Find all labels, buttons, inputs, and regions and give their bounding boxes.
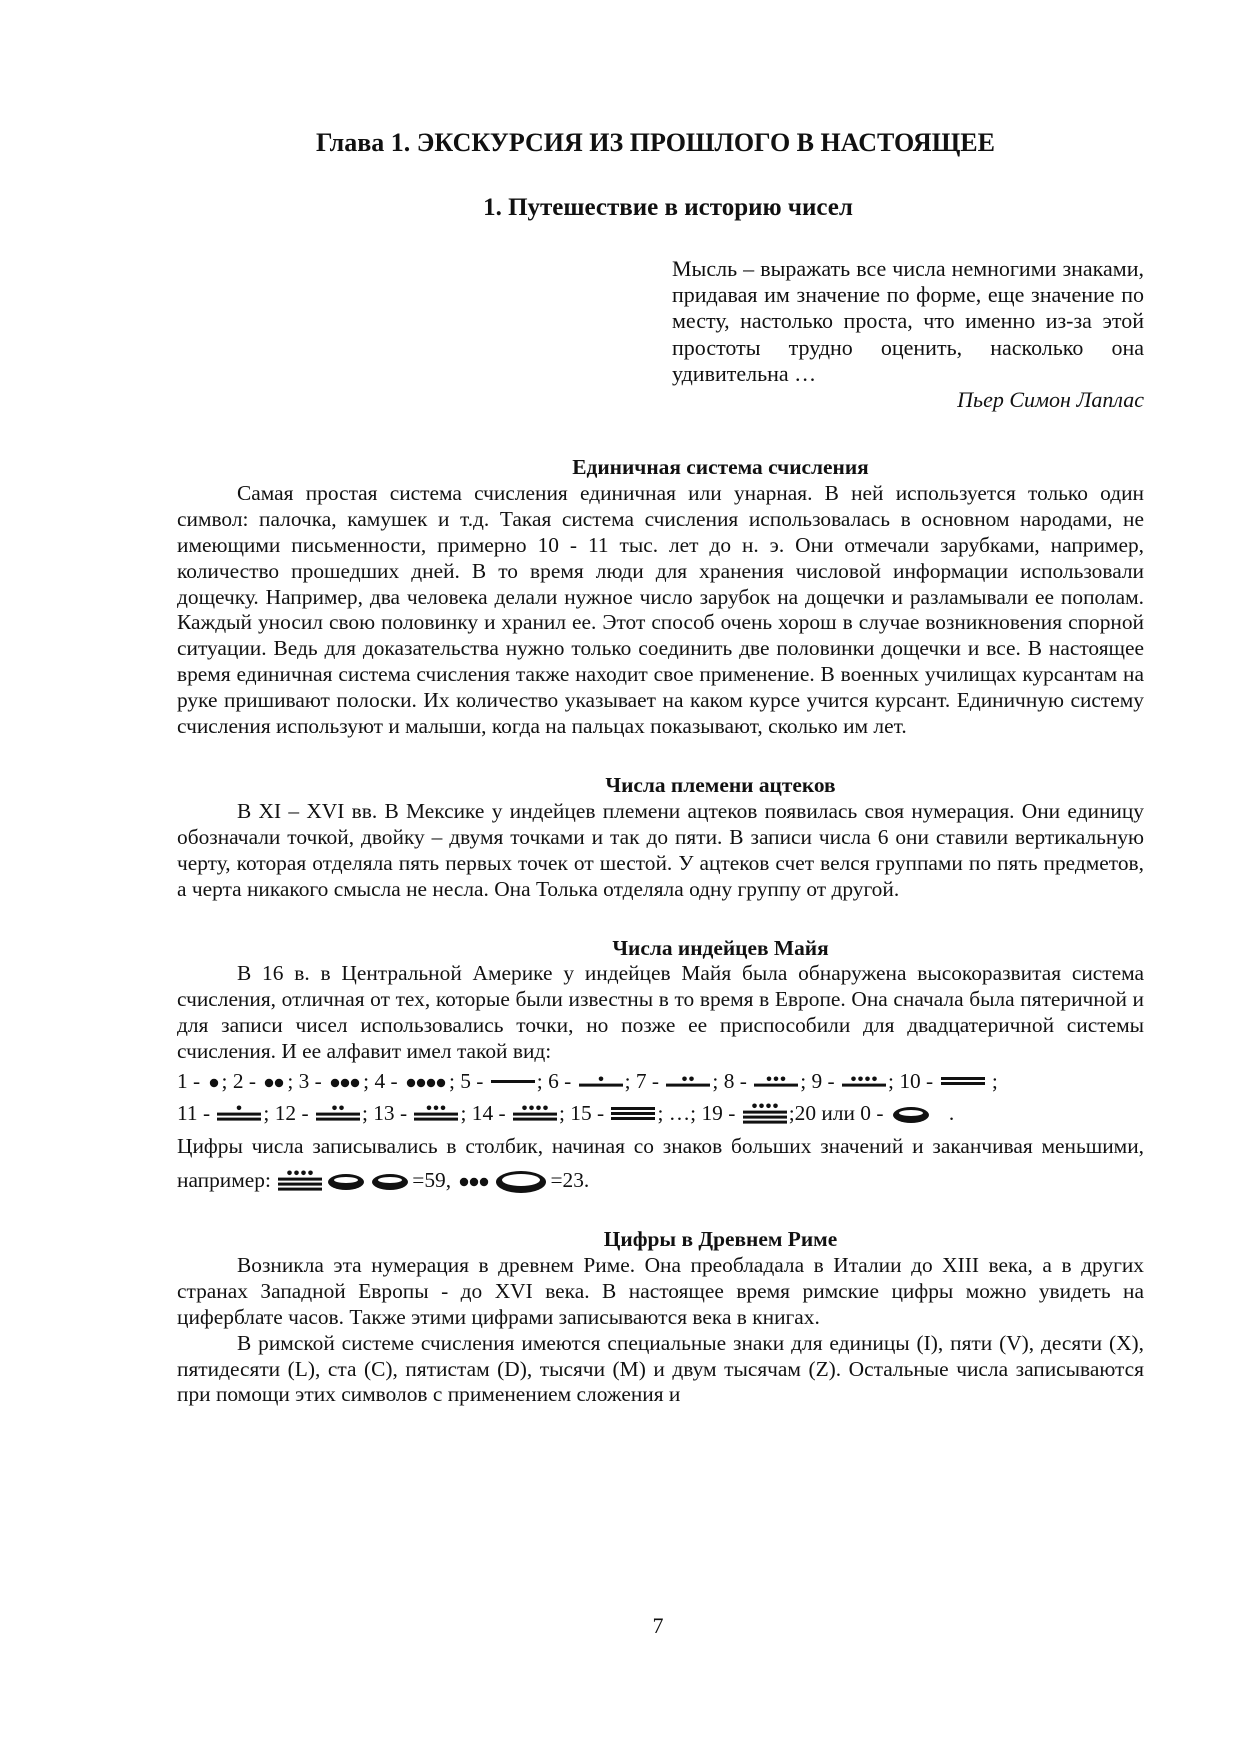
maya-example-result: =23.: [550, 1168, 589, 1192]
maya-bar-dot-icon: [611, 1107, 655, 1124]
spacer: [177, 903, 1144, 936]
maya-bar-dot-icon: [754, 1076, 798, 1091]
heading-roman-numerals: Цифры в Древнем Риме: [177, 1227, 1144, 1253]
epigraph-author: Пьер Симон Лаплас: [672, 387, 1144, 413]
maya-numeral-label: 15 -: [570, 1101, 609, 1125]
maya-bar-dot-icon: [842, 1076, 886, 1091]
maya-dot-icon: [405, 1077, 447, 1089]
maya-numerals-row-1: 1 - ; 2 - ; 3 - ; 4 - ; 5 - ; 6 - ; 7 - …: [177, 1065, 1144, 1097]
maya-numeral-label: 1 -: [177, 1069, 206, 1093]
maya-shell-zero-icon: [326, 1172, 366, 1192]
maya-bar-dot-icon: [941, 1077, 985, 1089]
maya-bar-dot-icon: [217, 1105, 261, 1125]
maya-numeral-label: 14 -: [472, 1101, 511, 1125]
maya-numeral-label: 3 -: [299, 1069, 328, 1093]
epigraph-text: Мысль – выражать все числа немногими зна…: [672, 256, 1144, 387]
maya-numeral-label: 10 -: [899, 1069, 938, 1093]
maya-bar-dot-icon: [316, 1105, 360, 1125]
maya-numeral-label: 11 -: [177, 1101, 215, 1125]
maya-bar-dot-icon: [666, 1076, 710, 1091]
ellipsis: …;: [669, 1101, 702, 1125]
maya-numeral-label: 5 -: [460, 1069, 489, 1093]
maya-numeral-label: 7 -: [636, 1069, 665, 1093]
paragraph-maya-column-writing: Цифры числа записывались в столбик, начи…: [177, 1129, 1144, 1197]
paragraph-roman-symbols: В римской системе счисления имеются спец…: [177, 1331, 1144, 1409]
heading-unary-system: Единичная система счисления: [177, 455, 1144, 481]
maya-dot-icon: [458, 1176, 490, 1188]
maya-bar-dot-icon: [278, 1170, 322, 1195]
maya-dot-icon: [329, 1077, 361, 1089]
maya-numeral-label: 4 -: [374, 1069, 403, 1093]
maya-numeral-label: 20 или 0 -: [795, 1101, 889, 1125]
section-title: 1. Путешествие в историю чисел: [0, 193, 1241, 223]
maya-shell-zero-icon: [370, 1172, 410, 1192]
maya-bar-dot-icon: [743, 1103, 787, 1128]
maya-bar-dot-icon: [579, 1076, 623, 1091]
maya-numeral-label: 13 -: [373, 1101, 412, 1125]
spacer: [177, 1197, 1144, 1227]
heading-maya-numbers: Числа индейцев Майя: [177, 936, 1144, 962]
paragraph-unary-system: Самая простая система счисления единична…: [177, 481, 1144, 740]
maya-numeral-label: 19 -: [701, 1101, 740, 1125]
maya-numeral-label: 12 -: [275, 1101, 314, 1125]
paragraph-roman-origin: Возникла эта нумерация в древнем Риме. О…: [177, 1253, 1144, 1331]
chapter-title: Глава 1. ЭКСКУРСИЯ ИЗ ПРОШЛОГО В НАСТОЯЩ…: [0, 128, 1241, 158]
spacer: [177, 740, 1144, 773]
maya-dot-icon: [263, 1077, 285, 1089]
maya-bar-dot-icon: [414, 1105, 458, 1125]
maya-examples: =59, =23.: [276, 1168, 589, 1192]
maya-numeral-label: 8 -: [724, 1069, 753, 1093]
paragraph-maya-numbers: В 16 в. в Центральной Америке у индейцев…: [177, 961, 1144, 1065]
epigraph: Мысль – выражать все числа немногими зна…: [672, 256, 1144, 413]
maya-numerals-row-2: 11 - ; 12 - ; 13 - ; 14 - ; 15 - ; …; 19…: [177, 1097, 1144, 1129]
maya-numeral-label: 9 -: [812, 1069, 841, 1093]
maya-numeral-label: 2 -: [233, 1069, 262, 1093]
maya-example-result: =59,: [412, 1168, 456, 1192]
maya-numeral-label: 6 -: [548, 1069, 577, 1093]
maya-dot-icon: [208, 1077, 220, 1089]
paragraph-aztec-numbers: В XI – XVI вв. В Мексике у индейцев плем…: [177, 799, 1144, 903]
maya-bar-dot-icon: [491, 1080, 535, 1087]
main-content: Единичная система счисления Самая проста…: [177, 455, 1144, 1408]
maya-shell-zero-icon: [494, 1169, 548, 1195]
document-page: Глава 1. ЭКСКУРСИЯ ИЗ ПРОШЛОГО В НАСТОЯЩ…: [0, 0, 1241, 1754]
maya-shell-zero-icon: [891, 1105, 931, 1125]
heading-aztec-numbers: Числа племени ацтеков: [177, 773, 1144, 799]
maya-bar-dot-icon: [513, 1105, 557, 1125]
page-number: 7: [0, 1613, 1241, 1639]
